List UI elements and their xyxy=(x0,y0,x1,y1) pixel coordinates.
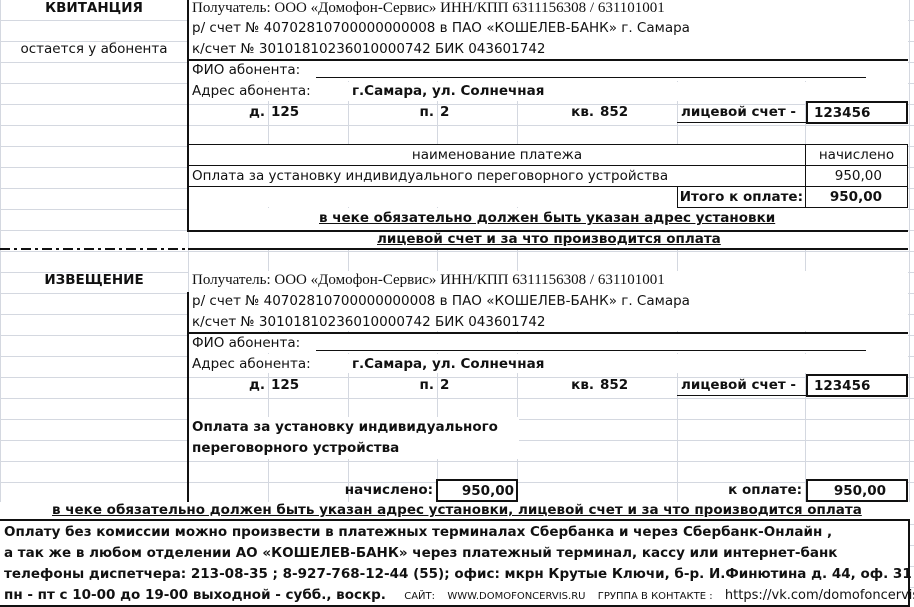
receipt-corr-account: к/счет № 30101810236010000742 БИК 043601… xyxy=(192,39,546,59)
notice-personal-account-value: 123456 xyxy=(814,376,870,396)
notice-account: р/ счет № 40702810700000000008 в ПАО «КО… xyxy=(192,291,690,311)
vk-link[interactable]: https://vk.com/domofoncervis xyxy=(725,588,914,603)
receipt-fio-label: ФИО абонента: xyxy=(192,60,300,80)
notice-flat-value: 852 xyxy=(600,375,628,395)
notice-entrance-value: 2 xyxy=(440,375,449,395)
receipt-entrance-label: п. xyxy=(349,102,434,122)
table-row-amount: 950,00 xyxy=(806,166,882,186)
footer-line-2: а так же в любом отделении АО «КОШЕЛЕВ-Б… xyxy=(4,543,837,563)
notice-title: ИЗВЕЩЕНИЕ xyxy=(0,270,188,290)
table-header-name: наименование платежа xyxy=(189,145,805,165)
receipt-flat-value: 852 xyxy=(600,102,628,122)
footer-line-4: пн - пт с 10-00 до 19-00 выходной - субб… xyxy=(4,585,914,607)
table-header-amount: начислено xyxy=(806,145,907,165)
notice-house-label: д. xyxy=(189,375,265,395)
footer-info-box: Оплату без комиссии можно произвести в п… xyxy=(0,519,910,607)
receipt-recipient: Получатель: ООО «Домофон-Сервис» ИНН/КПП… xyxy=(192,0,665,18)
notice-personal-account-box: 123456 xyxy=(806,374,908,397)
notice-address-value: г.Самара, ул. Солнечная xyxy=(352,354,544,374)
receipt-address-value: г.Самара, ул. Солнечная xyxy=(352,81,544,101)
office-hours: пн - пт с 10-00 до 19-00 выходной - субб… xyxy=(4,587,386,603)
total-label: Итого к оплате: xyxy=(678,187,803,207)
notice-flat-label: кв. xyxy=(518,375,594,395)
notice-house-value: 125 xyxy=(271,375,299,395)
notice-entrance-label: п. xyxy=(349,375,434,395)
notice-recipient: Получатель: ООО «Домофон-Сервис» ИНН/КПП… xyxy=(192,270,665,290)
fio-underline xyxy=(316,77,866,78)
notice-payment-line-1: Оплата за установку индивидуального xyxy=(192,417,498,437)
notice-fio-label: ФИО абонента: xyxy=(192,333,300,353)
receipt-personal-account-value: 123456 xyxy=(814,103,870,123)
table-row-name: Оплата за установку индивидуального пере… xyxy=(192,166,668,186)
notice-corr-account: к/счет № 30101810236010000742 БИК 043601… xyxy=(192,312,546,332)
receipt-house-value: 125 xyxy=(271,102,299,122)
receipt-address-label: Адрес абонента: xyxy=(192,81,311,101)
fio-underline xyxy=(316,350,866,351)
receipt-entrance-value: 2 xyxy=(440,102,449,122)
footer-line-1: Оплату без комиссии можно произвести в п… xyxy=(4,522,832,542)
site-link[interactable]: WWW.DOMOFONCERVIS.RU xyxy=(447,591,585,602)
cut-line-dashed xyxy=(0,248,188,250)
receipt-house-label: д. xyxy=(189,102,265,122)
notice-address-label: Адрес абонента: xyxy=(192,354,311,374)
total-value: 950,00 xyxy=(806,187,882,207)
receipt-note-1: в чеке обязательно должен быть указан ад… xyxy=(319,208,775,228)
receipt-subtitle: остается у абонента xyxy=(0,39,188,59)
cut-line xyxy=(188,248,908,250)
receipt-flat-label: кв. xyxy=(518,102,594,122)
notice-charged-box: 950,00 xyxy=(436,479,518,502)
receipt-note-2: лицевой счет и за что производится оплат… xyxy=(377,229,721,249)
notice-charged-value: 950,00 xyxy=(438,481,514,501)
receipt-account: р/ счет № 40702810700000000008 в ПАО «КО… xyxy=(192,18,690,38)
notice-to-pay-value: 950,00 xyxy=(808,481,886,501)
vk-label: ГРУППА В КОНТАКТЕ : xyxy=(598,591,713,602)
notice-personal-account-label: лицевой счет - xyxy=(681,375,796,395)
receipt-personal-account-label: лицевой счет - xyxy=(681,102,796,122)
receipt-personal-account-box: 123456 xyxy=(806,101,908,124)
notice-to-pay-label: к оплате: xyxy=(678,480,802,500)
footer-line-3: телефоны диспетчера: 213-08-35 ; 8-927-7… xyxy=(4,564,912,584)
site-label: САЙТ: xyxy=(404,591,435,602)
notice-charged-label: начислено: xyxy=(268,480,433,500)
notice-note: в чеке обязательно должен быть указан ад… xyxy=(52,500,862,520)
notice-to-pay-box: 950,00 xyxy=(806,479,908,502)
notice-payment-line-2: переговорного устройства xyxy=(192,438,399,458)
receipt-title: КВИТАНЦИЯ xyxy=(0,0,188,18)
